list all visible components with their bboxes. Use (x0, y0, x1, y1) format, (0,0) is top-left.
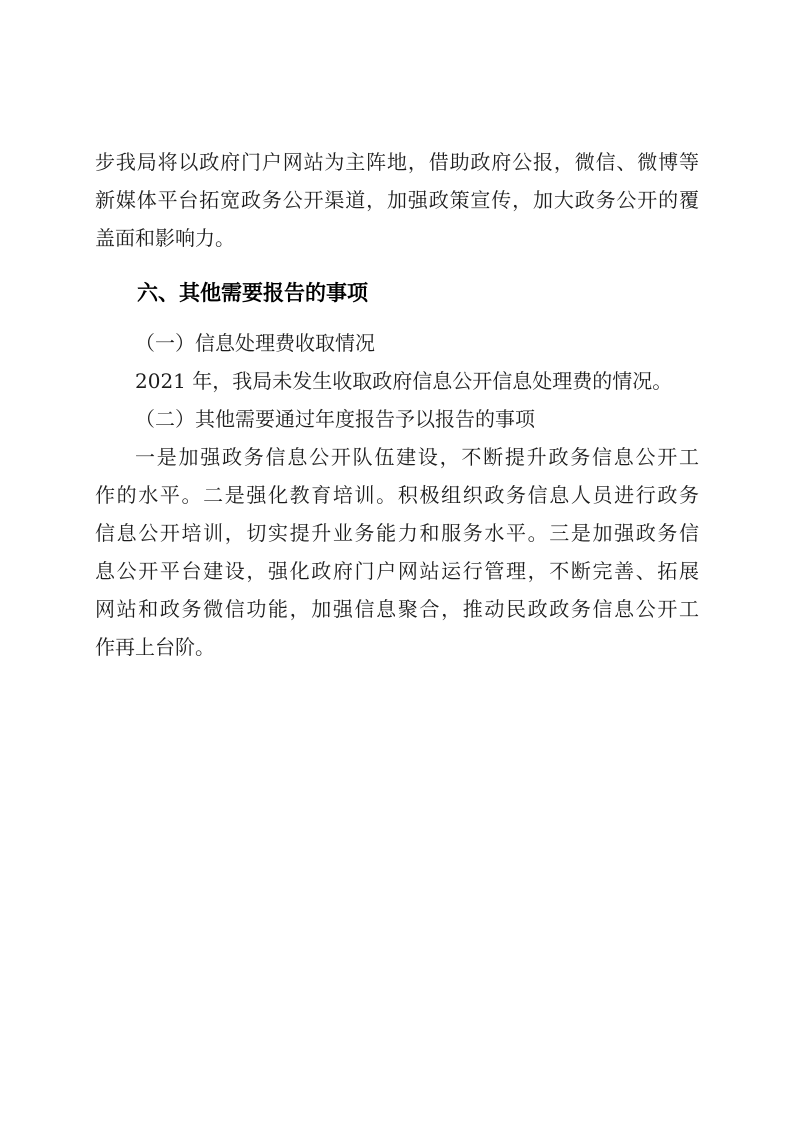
paragraph-continuation-line: 新媒体平台拓宽政务公开渠道，加强政策宣传，加大政务公开的覆 (95, 181, 699, 219)
paragraph-end-line: 盖面和影响力。 (95, 219, 699, 257)
document-content: 步我局将以政府门户网站为主阵地，借助政府公报，微信、微博等 新媒体平台拓宽政务公… (95, 143, 699, 666)
subsection-1-heading: （一）信息处理费收取情况 (95, 324, 699, 362)
section-6-heading: 六、其他需要报告的事项 (95, 274, 699, 312)
subsection-2-body-line: 作的水平。二是强化教育培训。积极组织政务信息人员进行政务 (95, 476, 699, 514)
paragraph-continuation-line: 步我局将以政府门户网站为主阵地，借助政府公报，微信、微博等 (95, 143, 699, 181)
subsection-2-body-line: 网站和政务微信功能，加强信息聚合，推动民政政务信息公开工 (95, 590, 699, 628)
document-page: 步我局将以政府门户网站为主阵地，借助政府公报，微信、微博等 新媒体平台拓宽政务公… (0, 0, 793, 1122)
subsection-2-body-line: 息公开平台建设，强化政府门户网站运行管理，不断完善、拓展 (95, 552, 699, 590)
subsection-2-heading: （二）其他需要通过年度报告予以报告的事项 (95, 400, 699, 438)
subsection-2-body-line: 一是加强政务信息公开队伍建设，不断提升政务信息公开工 (95, 438, 699, 476)
subsection-2-body-line: 信息公开培训，切实提升业务能力和服务水平。三是加强政务信 (95, 514, 699, 552)
paragraph-end-line: 作再上台阶。 (95, 628, 699, 666)
subsection-1-body-line: 2021 年，我局未发生收取政府信息公开信息处理费的情况。 (95, 362, 699, 400)
